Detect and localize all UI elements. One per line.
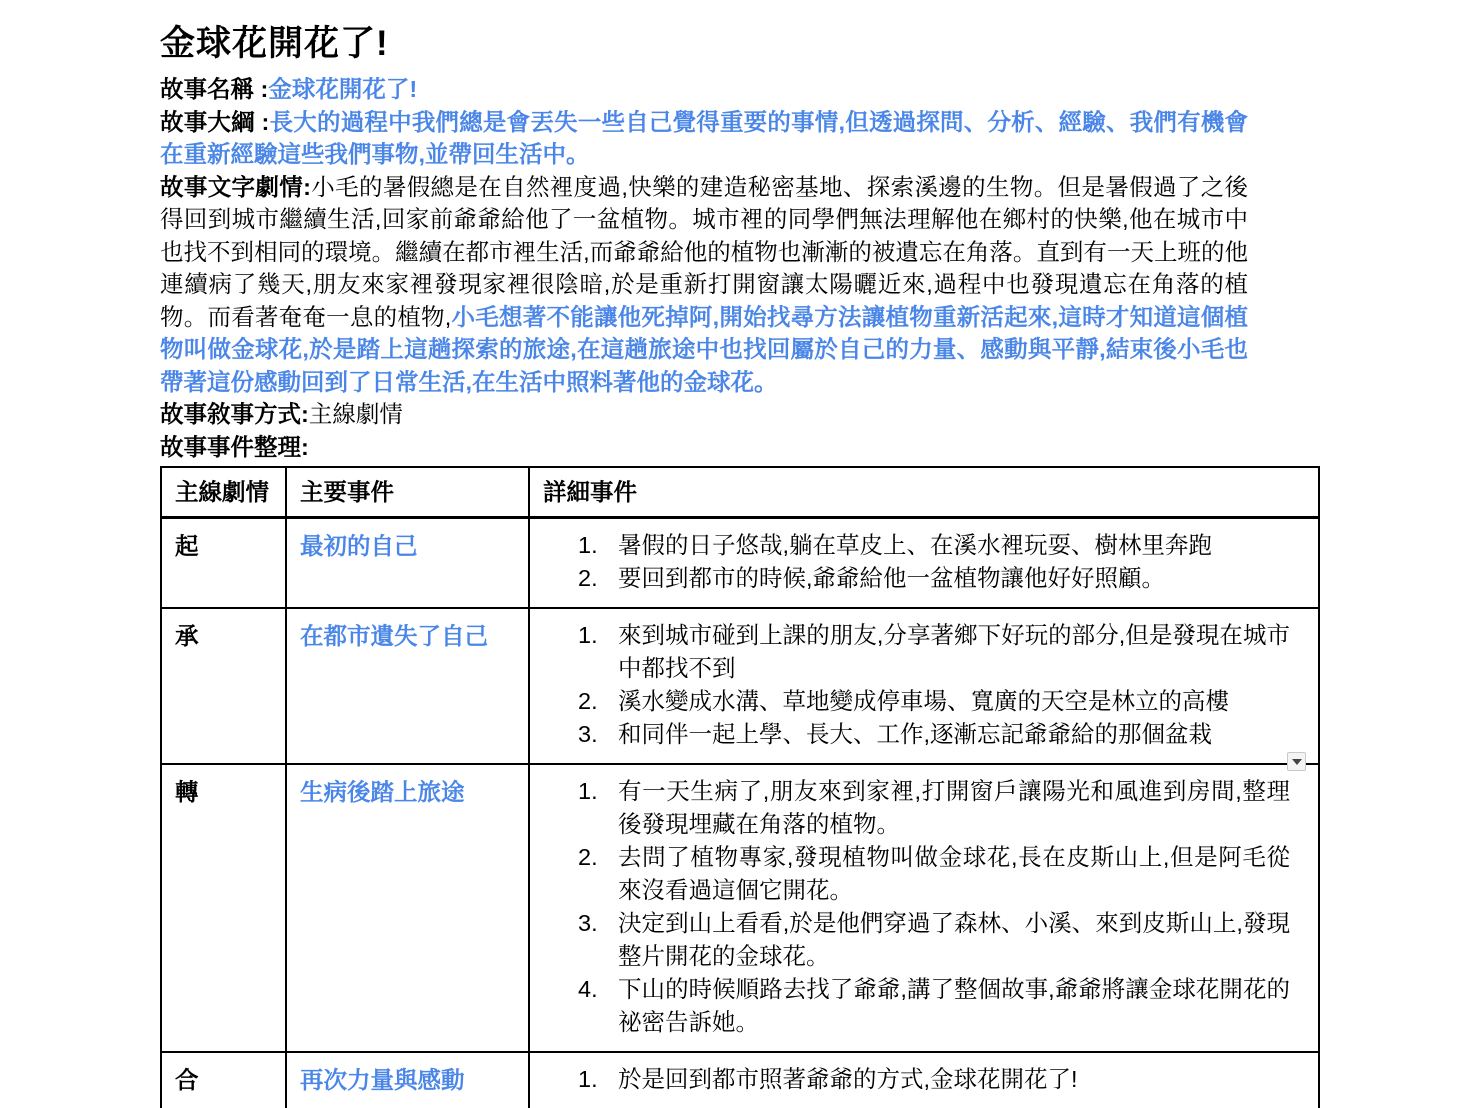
document-page: 金球花開花了! 故事名稱 :金球花開花了! 故事大綱 :長大的過程中我們總是會丟… (160, 20, 1318, 1108)
detail-item: 於是回到都市照著爺爺的方式,金球花開花了! (530, 1063, 1290, 1096)
plot-label: 故事文字劇情: (160, 174, 311, 200)
document-body-text: 故事名稱 :金球花開花了! 故事大綱 :長大的過程中我們總是會丟失一些自己覺得重… (160, 73, 1248, 463)
details-list: 於是回到都市照著爺爺的方式,金球花開花了! (530, 1063, 1290, 1096)
field-events-heading: 故事事件整理: (160, 431, 1248, 464)
detail-item: 暑假的日子悠哉,躺在草皮上、在溪水裡玩耍、樹林里奔跑 (530, 529, 1290, 562)
field-story-name: 故事名稱 :金球花開花了! (160, 73, 1248, 106)
detail-item: 決定到山上看看,於是他們穿過了森林、小溪、來到皮斯山上,發現整片開花的金球花。 (530, 907, 1290, 973)
detail-item: 溪水變成水溝、草地變成停車場、寬廣的天空是林立的高樓 (530, 685, 1290, 718)
event-title: 最初的自己 (300, 533, 418, 559)
header-main-event: 主要事件 (286, 467, 529, 518)
event-cell: 再次力量與感動 (286, 1052, 529, 1108)
events-heading-label: 故事事件整理: (160, 434, 309, 460)
story-name-value: 金球花開花了! (268, 76, 417, 102)
detail-item: 要回到都市的時候,爺爺給他一盆植物讓他好好照顧。 (530, 562, 1290, 595)
phase-cell: 轉 (161, 764, 286, 1052)
synopsis-label: 故事大綱 : (160, 109, 269, 135)
details-list: 來到城市碰到上課的朋友,分享著鄉下好玩的部分,但是發現在城市中都找不到 溪水變成… (530, 619, 1290, 751)
dropdown-button[interactable] (1287, 752, 1306, 771)
event-title: 生病後踏上旅途 (300, 779, 465, 805)
phase-cell: 合 (161, 1052, 286, 1108)
event-title: 在都市遺失了自己 (300, 623, 488, 649)
detail-item: 去問了植物專家,發現植物叫做金球花,長在皮斯山上,但是阿毛從來沒看過這個它開花。 (530, 841, 1290, 907)
detail-item: 有一天生病了,朋友來到家裡,打開窗戶讓陽光和風進到房間,整理後發現埋藏在角落的植… (530, 775, 1290, 841)
details-cell: 有一天生病了,朋友來到家裡,打開窗戶讓陽光和風進到房間,整理後發現埋藏在角落的植… (529, 764, 1319, 1052)
page-title: 金球花開花了! (160, 20, 1318, 68)
phase-cell: 起 (161, 518, 286, 609)
details-list: 有一天生病了,朋友來到家裡,打開窗戶讓陽光和風進到房間,整理後發現埋藏在角落的植… (530, 775, 1290, 1039)
field-narrative: 故事敘事方式:主線劇情 (160, 398, 1248, 431)
table-row: 轉 生病後踏上旅途 有一天生病了,朋友來到家裡,打開窗戶讓陽光和風進到房間,整理… (161, 764, 1319, 1052)
dropdown-arrow-icon (1292, 759, 1302, 765)
table-row: 起 最初的自己 暑假的日子悠哉,躺在草皮上、在溪水裡玩耍、樹林里奔跑 要回到都市… (161, 518, 1319, 609)
event-cell: 生病後踏上旅途 (286, 764, 529, 1052)
event-cell: 在都市遺失了自己 (286, 608, 529, 764)
table-header-row: 主線劇情 主要事件 詳細事件 (161, 467, 1319, 518)
narrative-label: 故事敘事方式: (160, 401, 309, 427)
story-name-label: 故事名稱 : (160, 76, 268, 102)
details-cell: 暑假的日子悠哉,躺在草皮上、在溪水裡玩耍、樹林里奔跑 要回到都市的時候,爺爺給他… (529, 518, 1319, 609)
event-cell: 最初的自己 (286, 518, 529, 609)
details-list: 暑假的日子悠哉,躺在草皮上、在溪水裡玩耍、樹林里奔跑 要回到都市的時候,爺爺給他… (530, 529, 1290, 595)
narrative-value: 主線劇情 (309, 401, 403, 427)
detail-item: 和同伴一起上學、長大、工作,逐漸忘記爺爺給的那個盆栽 (530, 718, 1290, 751)
phase-cell: 承 (161, 608, 286, 764)
details-cell: 來到城市碰到上課的朋友,分享著鄉下好玩的部分,但是發現在城市中都找不到 溪水變成… (529, 608, 1319, 764)
synopsis-value: 長大的過程中我們總是會丟失一些自己覺得重要的事情,但透過探問、分析、經驗、我們有… (160, 109, 1248, 168)
details-cell: 於是回到都市照著爺爺的方式,金球花開花了! (529, 1052, 1319, 1108)
event-title: 再次力量與感動 (300, 1067, 465, 1093)
header-main-plot: 主線劇情 (161, 467, 286, 518)
field-plot: 故事文字劇情:小毛的暑假總是在自然裡度過,快樂的建造秘密基地、探索溪邊的生物。但… (160, 171, 1248, 399)
story-events-table: 主線劇情 主要事件 詳細事件 起 最初的自己 暑假的日子悠哉,躺在草皮上、在溪水… (160, 466, 1320, 1108)
detail-item: 下山的時候順路去找了爺爺,講了整個故事,爺爺將讓金球花開花的祕密告訴她。 (530, 973, 1290, 1039)
detail-item: 來到城市碰到上課的朋友,分享著鄉下好玩的部分,但是發現在城市中都找不到 (530, 619, 1290, 685)
table-row: 承 在都市遺失了自己 來到城市碰到上課的朋友,分享著鄉下好玩的部分,但是發現在城… (161, 608, 1319, 764)
header-detail-event: 詳細事件 (529, 467, 1319, 518)
table-row: 合 再次力量與感動 於是回到都市照著爺爺的方式,金球花開花了! (161, 1052, 1319, 1108)
field-synopsis: 故事大綱 :長大的過程中我們總是會丟失一些自己覺得重要的事情,但透過探問、分析、… (160, 106, 1248, 171)
